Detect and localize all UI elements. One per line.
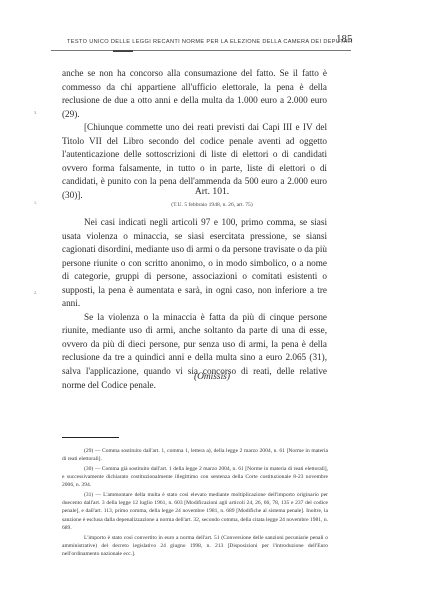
margin-mark: 2. <box>34 290 37 295</box>
margin-mark: 1. <box>34 200 37 205</box>
body-block-1: anche se non ha concorso alla consumazio… <box>62 67 327 202</box>
page-number: 185 <box>336 33 353 45</box>
running-title: TESTO UNICO DELLE LEGGI RECANTI NORME PE… <box>67 39 353 45</box>
article-title: Art. 101. <box>0 186 424 197</box>
footnotes: (29) — Comma sostituito dall'art. 1, com… <box>62 447 328 560</box>
omissis-label: (Omissis) <box>0 372 424 382</box>
footnote-31-continued: L'importo è stato così convertito in eur… <box>62 534 328 559</box>
footnote-29: (29) — Comma sostituito dall'art. 1, com… <box>62 447 328 463</box>
margin-mark: 3. <box>34 110 37 115</box>
paragraph-3: Nei casi indicati negli articoli 97 e 10… <box>62 216 327 311</box>
paragraph-1: anche se non ha concorso alla consumazio… <box>62 67 327 121</box>
body-block-2: Nei casi indicati negli articoli 97 e 10… <box>62 216 327 392</box>
article-source: (T.U. 5 febbraio 1948, n. 26, art. 75) <box>0 202 424 208</box>
footnote-30: (30) — Comma già sostituito dall'art. 1 … <box>62 465 328 490</box>
header-rule-accent <box>113 50 133 52</box>
running-header: TESTO UNICO DELLE LEGGI RECANTI NORME PE… <box>51 36 351 50</box>
footnote-separator <box>62 437 119 438</box>
footnote-31: (31) — L'ammontare della multa è stato c… <box>62 491 328 532</box>
header-rule <box>51 50 351 51</box>
